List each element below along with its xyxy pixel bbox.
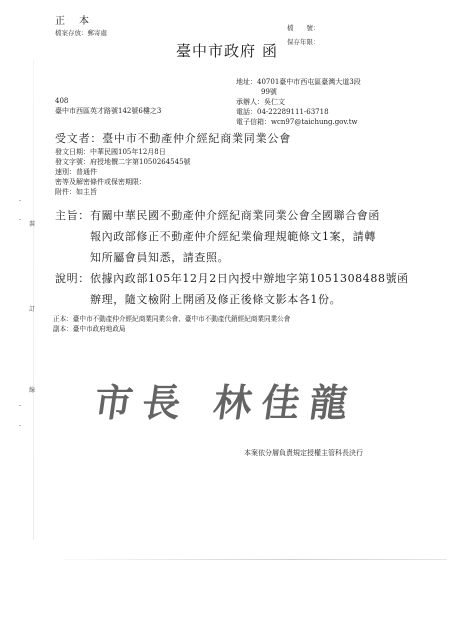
explanation-label: 說明： (55, 268, 90, 289)
margin-mark-xian: 線 (29, 385, 35, 394)
subject-line-1: 有關中華民國不動產仲介經紀商業同業公會全國聯合會函 (90, 205, 380, 226)
document-number: 發文字號：府授地價二字第1050264545號 (55, 157, 191, 167)
recipient-label: 受文者： (55, 132, 102, 145)
margin-dot (19, 425, 21, 426)
margin-mark-zhuang: 裝 (29, 219, 35, 228)
subject-line-3: 知所屬會員知悉，請查照。 (90, 247, 229, 268)
agency-title: 臺中市政府 (176, 40, 256, 61)
copy-type-label: 正 本 (55, 12, 91, 27)
margin-dot (19, 219, 21, 220)
recipient-name: 臺中市不動產仲介經紀商業同業公會 (102, 132, 291, 145)
subject-line-2: 報內政部修正不動產仲介經紀業倫理規範條文1案，請轉 (90, 226, 376, 247)
margin-mark-ding: 訂 (29, 304, 35, 313)
contact-address: 地址：40701臺中市西屯區臺灣大道3段 (236, 77, 361, 87)
issue-date: 發文日期：中華民國105年12月8日 (55, 147, 166, 157)
contact-email: 電子信箱：wcn97@taichung.gov.tw (236, 117, 358, 127)
attachment: 附件：如主旨 (55, 187, 97, 197)
retention-label: 保存年限： (287, 37, 320, 46)
mayor-signature: 市長 林佳龍 (91, 372, 362, 427)
postal-code: 408 (55, 96, 68, 106)
contact-officer: 承辦人：吳仁文 (236, 97, 285, 107)
contact-phone: 電話：04-22289111-63718 (236, 107, 329, 117)
contact-address-line2: 99號 (261, 87, 277, 97)
sender-address: 臺中市西區英才路號142號6樓之3 (55, 106, 161, 116)
copy-recipients: 副本：臺中市政府地政局 (53, 324, 126, 334)
binding-line (33, 60, 34, 540)
authorization-note: 本案依分層負責規定授權主管科長決行 (244, 448, 363, 458)
margin-dot (19, 200, 21, 201)
scan-artifact-line (62, 559, 447, 560)
original-recipients: 正本：臺中市不動產仲介經紀商業同業公會、臺中市不動產代銷經紀商業同業公會 (53, 314, 290, 324)
file-number-label: 檔 號： (287, 23, 320, 32)
file-location: 檔案存放：郵寄處 (55, 28, 107, 37)
explanation-line-1: 依據內政部105年12月2日內授中辦地字第1051308488號函 (90, 268, 409, 289)
subject-label: 主旨： (55, 205, 90, 226)
recipient-line: 受文者：臺中市不動產仲介經紀商業同業公會 (55, 130, 291, 146)
margin-dot (19, 405, 21, 406)
delivery-speed: 速別：普通件 (55, 167, 97, 177)
security-level: 密等及解密條件或保密期限： (55, 177, 146, 187)
explanation-line-2: 辦理，隨文檢附上開函及修正後條文影本各1份。 (90, 289, 341, 310)
document-type: 函 (262, 40, 277, 61)
